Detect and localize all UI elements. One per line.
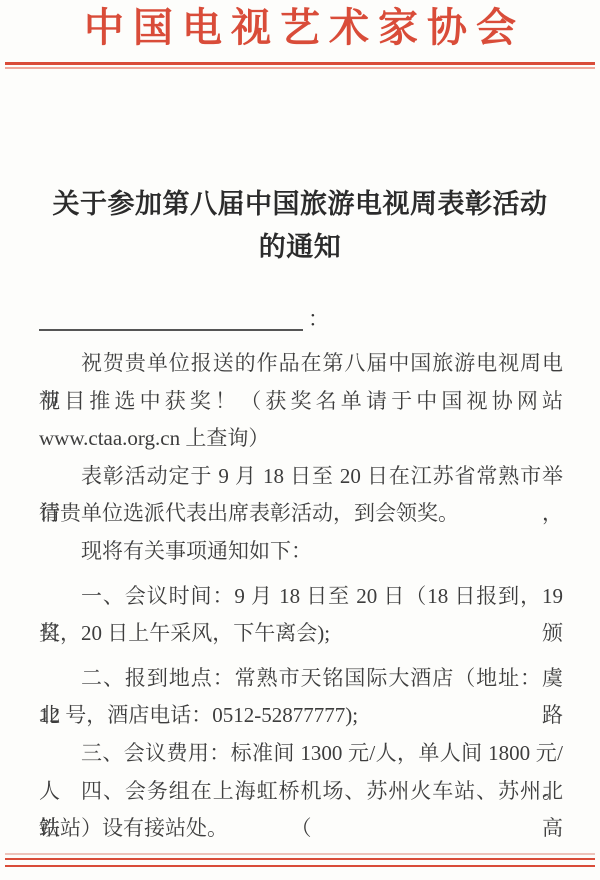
body-line: 一、会议时间：9 月 18 日至 20 日（18 日报到，19 日颁: [39, 578, 563, 616]
body-line: 节目推选中获奖！（获奖名单请于中国视协网站: [39, 383, 563, 421]
body-line: www.ctaa.org.cn 上查询）: [39, 420, 563, 458]
body-line: 表彰活动定于 9 月 18 日至 20 日在江苏省常熟市举行，: [39, 458, 563, 496]
body-line: 现将有关事项通知如下：: [39, 533, 563, 571]
body-line: 二、报到地点：常熟市天铭国际大酒店（地址：虞北路: [39, 660, 563, 698]
notice-title: 关于参加第八届中国旅游电视周表彰活动 的通知: [0, 183, 600, 269]
notice-document: 中国电视艺术家协会 关于参加第八届中国旅游电视周表彰活动 的通知 ： 祝贺贵单位…: [0, 0, 600, 880]
footer-rule: [5, 853, 595, 867]
body-line: 祝贺贵单位报送的作品在第八届中国旅游电视周电视: [39, 345, 563, 383]
body-line: 三、会议费用：标准间 1300 元/人，单人间 1800 元/人。: [39, 735, 563, 773]
recipient-colon: ：: [308, 307, 329, 331]
body-line: 四、会务组在上海虹桥机场、苏州火车站、苏州北站（高: [39, 773, 563, 811]
footer-rule-thin: [5, 853, 595, 855]
recipient-line: ：: [39, 303, 329, 331]
notice-title-line-1: 关于参加第八届中国旅游电视周表彰活动: [0, 183, 600, 226]
letterhead-rule: [5, 62, 595, 69]
footer-rule-thick: [5, 858, 595, 867]
letterhead-org-name: 中国电视艺术家协会: [0, 2, 600, 54]
notice-body: 祝贺贵单位报送的作品在第八届中国旅游电视周电视 节目推选中获奖！（获奖名单请于中…: [39, 345, 563, 848]
recipient-blank-line: [39, 303, 303, 331]
notice-title-line-2: 的通知: [0, 226, 600, 269]
